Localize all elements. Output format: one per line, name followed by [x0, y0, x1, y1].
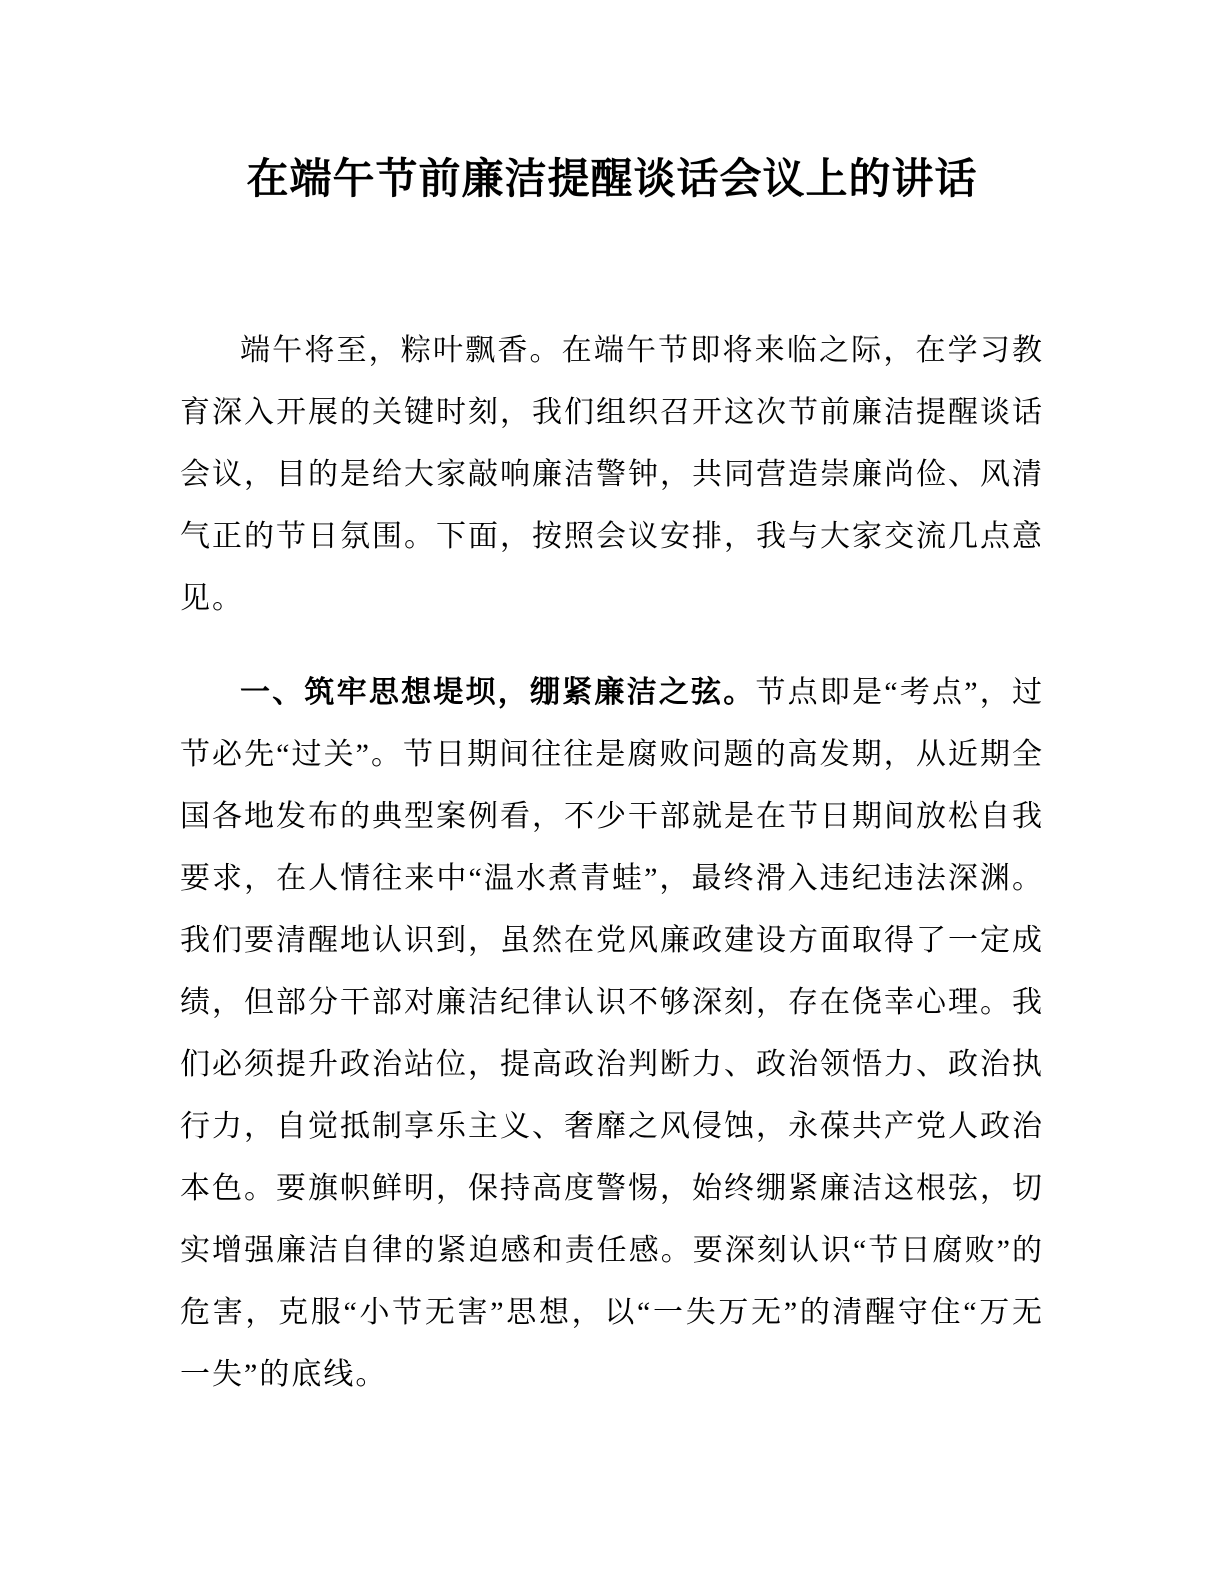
paragraph-section-1: 一、筑牢思想堤坝，绷紧廉洁之弦。节点即是“考点”，过节必先“过关”。节日期间往往…: [180, 662, 1044, 1406]
document-title: 在端午节前廉洁提醒谈话会议上的讲话: [180, 140, 1044, 220]
document-page: 在端午节前廉洁提醒谈话会议上的讲话 端午将至，粽叶飘香。在端午节即将来临之际，在…: [0, 0, 1224, 1584]
paragraph-intro: 端午将至，粽叶飘香。在端午节即将来临之际，在学习教育深入开展的关键时刻，我们组织…: [180, 320, 1044, 630]
paragraph-section-1-text: 节点即是“考点”，过节必先“过关”。节日期间往往是腐败问题的高发期，从近期全国各…: [180, 676, 1044, 1391]
paragraph-section-1-heading: 一、筑牢思想堤坝，绷紧廉洁之弦。: [240, 676, 755, 709]
paragraph-intro-text: 端午将至，粽叶飘香。在端午节即将来临之际，在学习教育深入开展的关键时刻，我们组织…: [180, 334, 1044, 615]
